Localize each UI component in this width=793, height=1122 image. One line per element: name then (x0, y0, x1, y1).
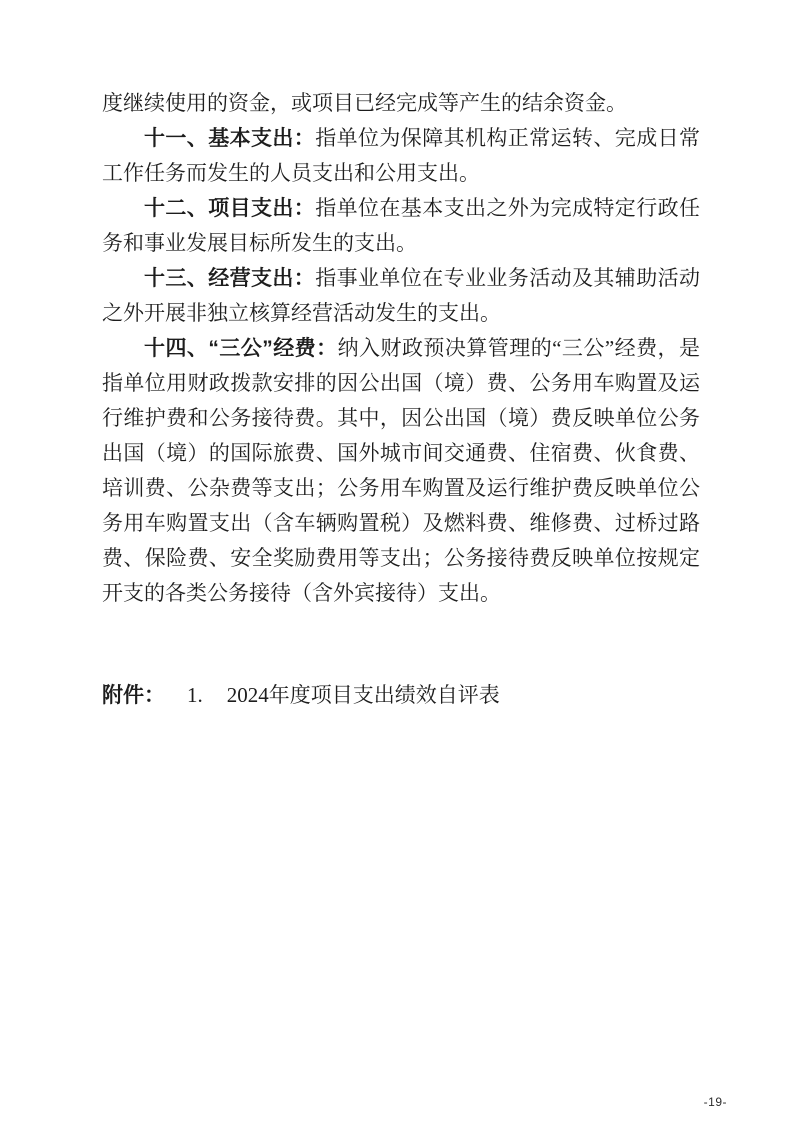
attachment-item-number: 1. (187, 683, 203, 707)
body-paragraph: 度继续使用的资金，或项目已经完成等产生的结余资金。 (102, 86, 700, 121)
attachment-label: 附件： (102, 684, 165, 707)
document-body: 度继续使用的资金，或项目已经完成等产生的结余资金。 十一、基本支出：指单位为保障… (102, 86, 700, 713)
body-paragraph: 十一、基本支出：指单位为保障其机构正常运转、完成日常工作任务而发生的人员支出和公… (102, 121, 700, 191)
paragraph-text: 纳入财政预决算管理的“三公”经费，是指单位用财政拨款安排的因公出国（境）费、公务… (102, 336, 700, 605)
attachment-line: 附件：1.2024年度项目支出绩效自评表 (102, 678, 700, 713)
paragraph-lead: 十二、项目支出： (144, 197, 315, 220)
paragraph-text: 度继续使用的资金，或项目已经完成等产生的结余资金。 (102, 91, 627, 115)
page-number: -19- (704, 1095, 727, 1109)
paragraph-lead: 十三、经营支出： (144, 267, 315, 290)
body-paragraph: 十二、项目支出：指单位在基本支出之外为完成特定行政任务和事业发展目标所发生的支出… (102, 191, 700, 261)
document-page: 度继续使用的资金，或项目已经完成等产生的结余资金。 十一、基本支出：指单位为保障… (0, 0, 793, 1122)
paragraph-lead: 十四、“三公”经费： (144, 337, 338, 360)
paragraph-lead: 十一、基本支出： (144, 127, 315, 150)
body-paragraph: 十四、“三公”经费：纳入财政预决算管理的“三公”经费，是指单位用财政拨款安排的因… (102, 331, 700, 611)
body-paragraph: 十三、经营支出：指事业单位在专业业务活动及其辅助活动之外开展非独立核算经营活动发… (102, 261, 700, 331)
attachment-item-title: 2024年度项目支出绩效自评表 (227, 683, 500, 707)
